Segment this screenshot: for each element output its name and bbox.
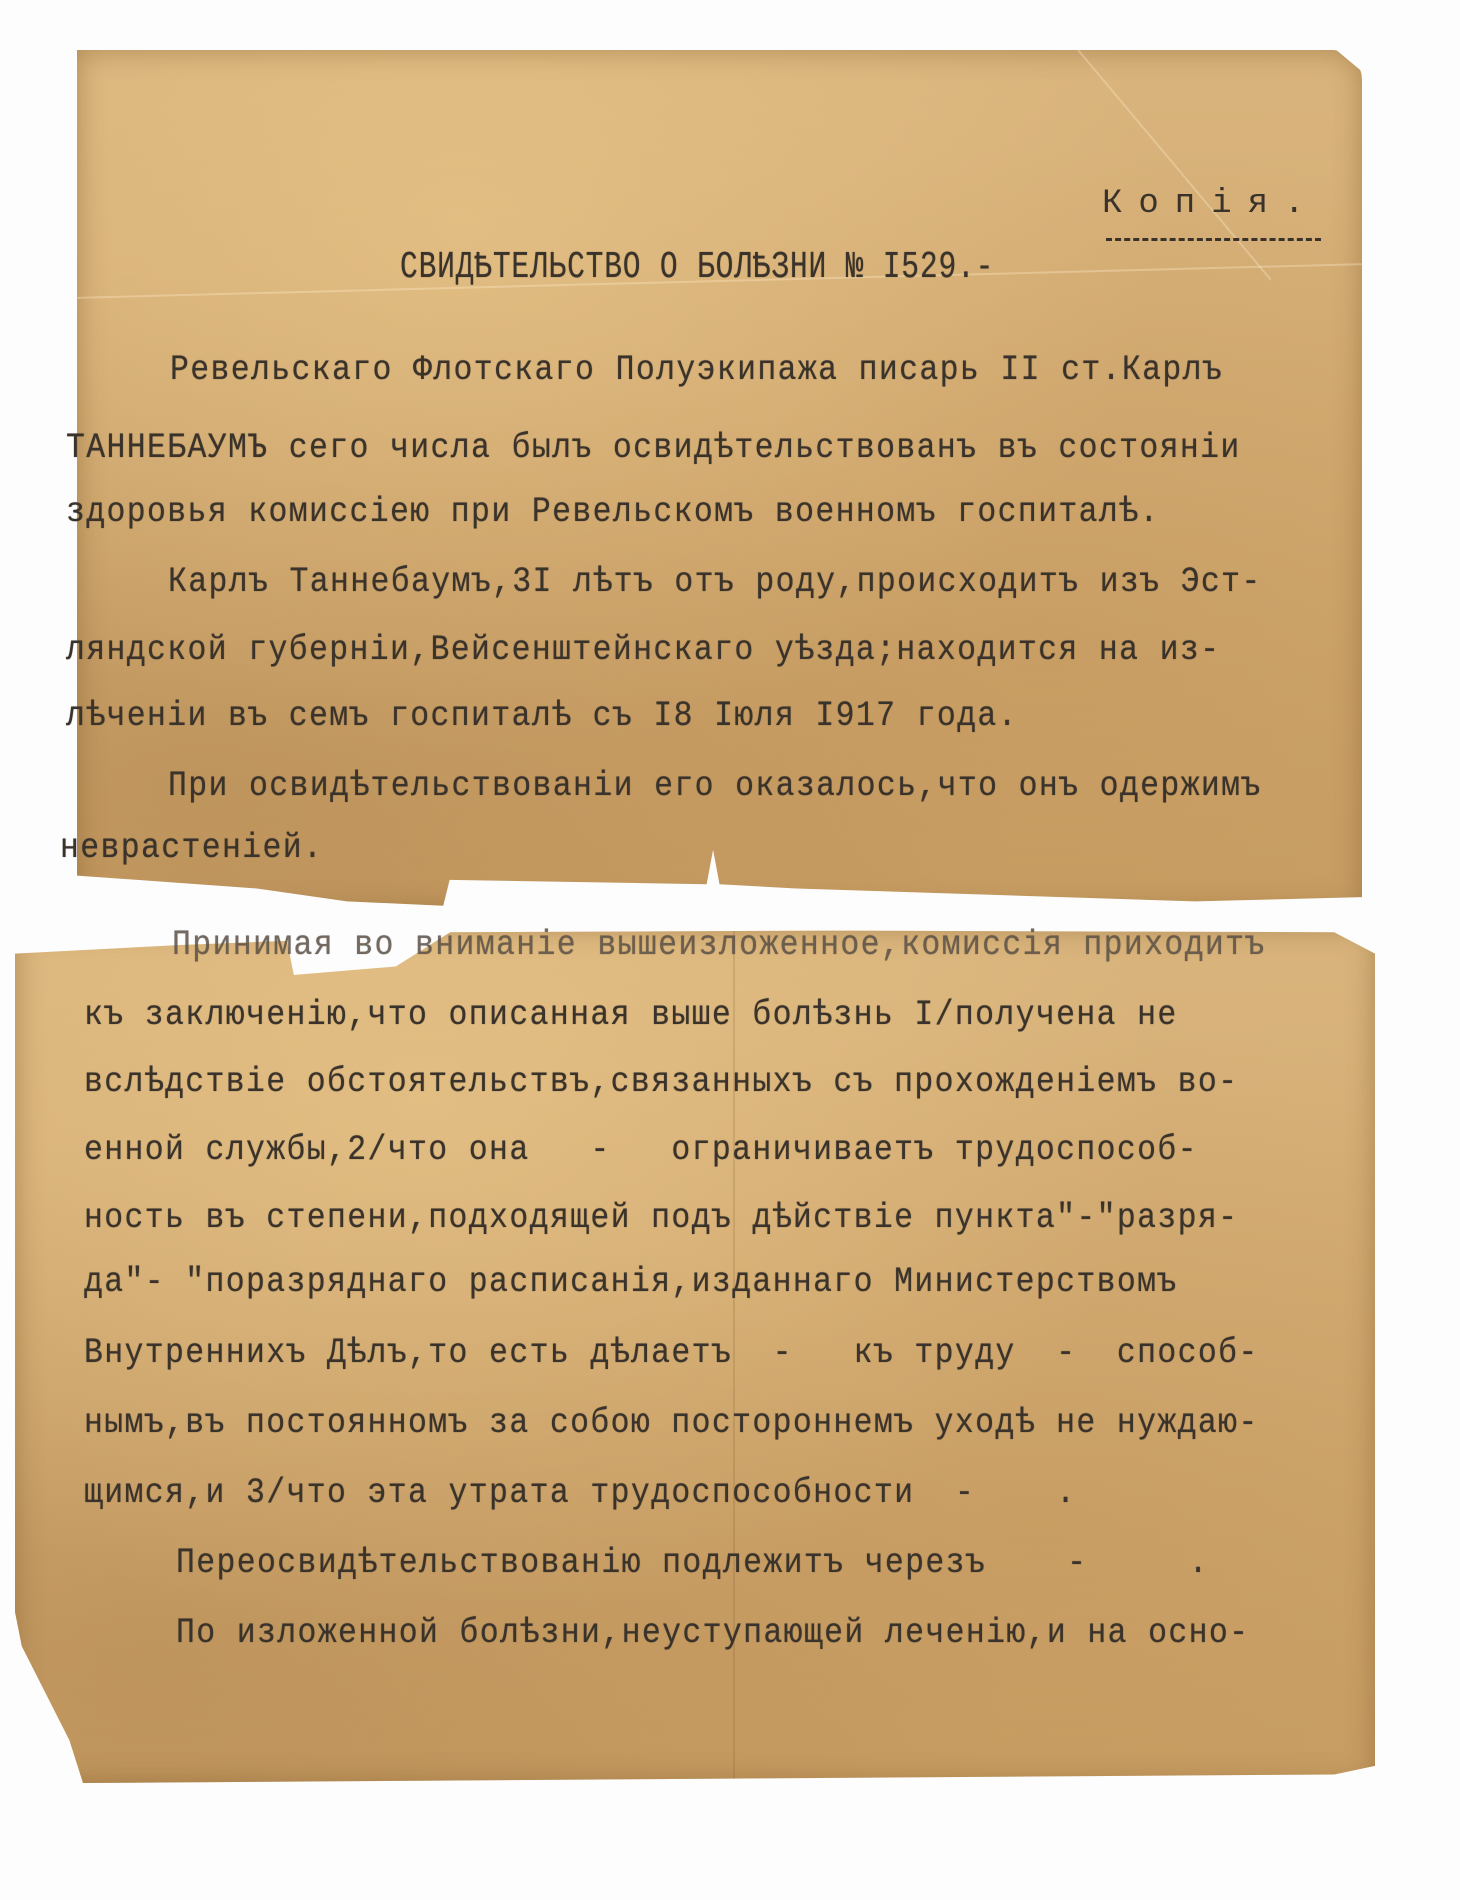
- text-line: енной службы,2/что она - ограничиваетъ т…: [84, 1130, 1198, 1170]
- text-line: ТАННЕБАУМЪ сего числа былъ освидѣтельств…: [66, 428, 1241, 468]
- text-line: нымъ,въ постоянномъ за собою постороннем…: [84, 1403, 1259, 1443]
- paper-crease: [1077, 49, 1271, 280]
- text-line: къ заключенiю,что описанная выше болѣзнь…: [84, 995, 1178, 1035]
- text-line: вслѣдствiе обстоятельствъ,связанныхъ съ …: [84, 1062, 1238, 1102]
- text-line: По изложенной болѣзни,неуступающей лечен…: [176, 1613, 1249, 1653]
- copy-label: Копія.: [1102, 185, 1320, 223]
- text-line: Карлъ Таннебаумъ,3I лѣтъ отъ роду,происх…: [168, 562, 1262, 602]
- text-line: ляндской губернiи,Вейсенштейнскаго уѣзда…: [66, 630, 1220, 670]
- text-line: Ревельскаго Флотскаго Полуэкипажа писарь…: [170, 350, 1223, 390]
- text-line: здоровья комиссiею при Ревельскомъ военн…: [66, 492, 1160, 532]
- document-title: СВИДѢТЕЛЬСТВО О БОЛѢЗНИ № I529.-: [400, 246, 994, 289]
- text-line: лѣченiи въ семъ госпиталѣ съ I8 Iюля I91…: [66, 696, 1018, 736]
- text-line: Внутреннихъ Дѣлъ,то есть дѣлаетъ - къ тр…: [84, 1333, 1259, 1373]
- text-line: щимся,и 3/что эта утрата трудоспособност…: [84, 1473, 1076, 1513]
- text-line: да"- "поразряднаго расписанiя,изданнаго …: [84, 1262, 1178, 1302]
- text-line: неврастенiей.: [60, 828, 323, 868]
- text-line: Переосвидѣтельствованiю подлежитъ черезъ…: [176, 1543, 1209, 1583]
- text-line: Принимая во вниманiе вышеизложенное,коми…: [172, 925, 1266, 965]
- copy-underline: [1106, 238, 1321, 241]
- text-line: При освидѣтельствованiи его оказалось,чт…: [168, 766, 1262, 806]
- text-line: ность въ степени,подходящей подъ дѣйствi…: [84, 1198, 1238, 1238]
